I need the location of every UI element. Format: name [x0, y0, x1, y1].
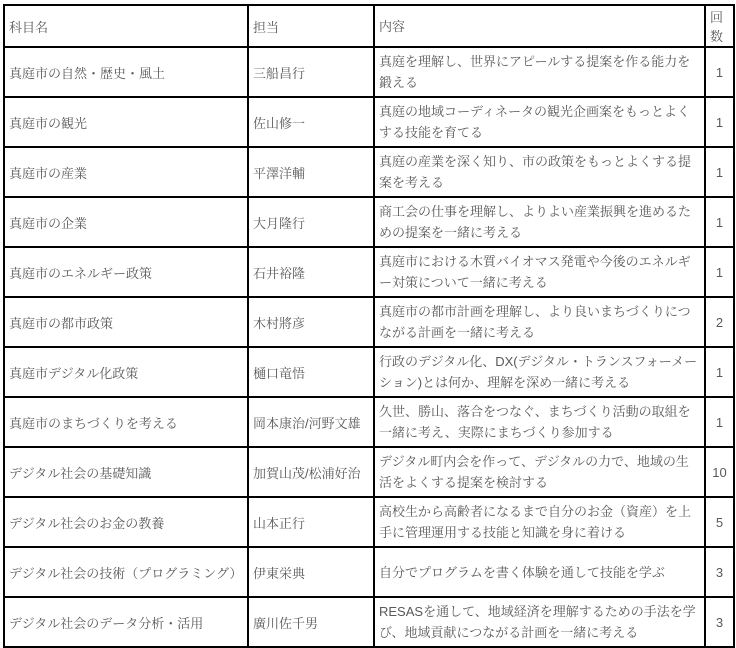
count-cell: 2 — [705, 297, 734, 347]
count-cell: 1 — [705, 147, 734, 197]
description-cell: 真庭の産業を深く知り、市の政策をもっとよくする提案を考える — [374, 147, 705, 197]
instructor-cell: 平澤洋輔 — [248, 147, 374, 197]
header-row: 科目名 担当 内容 回数 — [4, 5, 734, 47]
count-cell: 10 — [705, 447, 734, 497]
description-cell: デジタル町内会を作って、デジタルの力で、地域の生活をよくする提案を検討する — [374, 447, 705, 497]
count-cell: 3 — [705, 597, 734, 647]
subject-cell: デジタル社会のデータ分析・活用 — [4, 597, 248, 647]
table-row: 真庭市の都市政策木村將彦真庭市の都市計画を理解し、より良いまちづくりにつながる計… — [4, 297, 734, 347]
subject-cell: 真庭市のまちづくりを考える — [4, 397, 248, 447]
description-cell: 商工会の仕事を理解し、よりよい産業振興を進めるための提案を一緒に考える — [374, 197, 705, 247]
table-row: 真庭市のまちづくりを考える岡本康治/河野文雄久世、勝山、落合をつなぐ、まちづくり… — [4, 397, 734, 447]
count-cell: 1 — [705, 197, 734, 247]
instructor-cell: 石井裕隆 — [248, 247, 374, 297]
table-header: 科目名 担当 内容 回数 — [4, 5, 734, 47]
count-cell: 3 — [705, 547, 734, 597]
table-row: 真庭市デジタル化政策樋口竜悟行政のデジタル化、DX(デジタル・トランスフォーメー… — [4, 347, 734, 397]
table-body: 真庭市の自然・歴史・風土三船昌行真庭を理解し、世界にアピールする提案を作る能力を… — [4, 47, 734, 647]
subject-cell: デジタル社会の技術（プログラミング） — [4, 547, 248, 597]
description-cell: 自分でプログラムを書く体験を通して技能を学ぶ — [374, 547, 705, 597]
course-table-container: 科目名 担当 内容 回数 真庭市の自然・歴史・風土三船昌行真庭を理解し、世界にア… — [0, 0, 736, 648]
count-cell: 5 — [705, 497, 734, 547]
header-instructor: 担当 — [248, 5, 374, 47]
instructor-cell: 大月隆行 — [248, 197, 374, 247]
count-cell: 1 — [705, 247, 734, 297]
header-description: 内容 — [374, 5, 705, 47]
instructor-cell: 山本正行 — [248, 497, 374, 547]
count-cell: 1 — [705, 97, 734, 147]
subject-cell: デジタル社会のお金の教養 — [4, 497, 248, 547]
count-cell: 1 — [705, 347, 734, 397]
description-cell: 真庭市の都市計画を理解し、より良いまちづくりにつながる計画を一緒に考える — [374, 297, 705, 347]
subject-cell: 真庭市の産業 — [4, 147, 248, 197]
description-cell: 真庭の地域コーディネータの観光企画案をもっとよくする技能を育てる — [374, 97, 705, 147]
instructor-cell: 佐山修一 — [248, 97, 374, 147]
description-cell: 行政のデジタル化、DX(デジタル・トランスフォーメーション)とは何か、理解を深め… — [374, 347, 705, 397]
table-row: 真庭市の産業平澤洋輔真庭の産業を深く知り、市の政策をもっとよくする提案を考える1 — [4, 147, 734, 197]
table-row: デジタル社会の基礎知識加賀山茂/松浦好治デジタル町内会を作って、デジタルの力で、… — [4, 447, 734, 497]
subject-cell: 真庭市のエネルギー政策 — [4, 247, 248, 297]
count-cell: 1 — [705, 397, 734, 447]
subject-cell: デジタル社会の基礎知識 — [4, 447, 248, 497]
instructor-cell: 樋口竜悟 — [248, 347, 374, 397]
description-cell: 真庭を理解し、世界にアピールする提案を作る能力を鍛える — [374, 47, 705, 97]
course-table: 科目名 担当 内容 回数 真庭市の自然・歴史・風土三船昌行真庭を理解し、世界にア… — [3, 4, 735, 648]
table-row: デジタル社会の技術（プログラミング）伊東栄典自分でプログラムを書く体験を通して技… — [4, 547, 734, 597]
table-row: 真庭市のエネルギー政策石井裕隆真庭市における木質バイオマス発電や今後のエネルギー… — [4, 247, 734, 297]
subject-cell: 真庭市の自然・歴史・風土 — [4, 47, 248, 97]
table-row: 真庭市の観光佐山修一真庭の地域コーディネータの観光企画案をもっとよくする技能を育… — [4, 97, 734, 147]
instructor-cell: 三船昌行 — [248, 47, 374, 97]
description-cell: RESASを通して、地域経済を理解するための手法を学び、地域貢献につながる計画を… — [374, 597, 705, 647]
table-row: 真庭市の企業大月隆行商工会の仕事を理解し、よりよい産業振興を進めるための提案を一… — [4, 197, 734, 247]
table-row: デジタル社会のデータ分析・活用廣川佐千男RESASを通して、地域経済を理解するた… — [4, 597, 734, 647]
description-cell: 高校生から高齢者になるまで自分のお金（資産）を上手に管理運用する技能と知識を身に… — [374, 497, 705, 547]
instructor-cell: 加賀山茂/松浦好治 — [248, 447, 374, 497]
instructor-cell: 伊東栄典 — [248, 547, 374, 597]
subject-cell: 真庭市の観光 — [4, 97, 248, 147]
instructor-cell: 岡本康治/河野文雄 — [248, 397, 374, 447]
instructor-cell: 廣川佐千男 — [248, 597, 374, 647]
subject-cell: 真庭市の企業 — [4, 197, 248, 247]
table-row: デジタル社会のお金の教養山本正行高校生から高齢者になるまで自分のお金（資産）を上… — [4, 497, 734, 547]
description-cell: 久世、勝山、落合をつなぐ、まちづくり活動の取組を一緒に考え、実際にまちづくり参加… — [374, 397, 705, 447]
header-count: 回数 — [705, 5, 734, 47]
count-cell: 1 — [705, 47, 734, 97]
header-subject: 科目名 — [4, 5, 248, 47]
subject-cell: 真庭市デジタル化政策 — [4, 347, 248, 397]
instructor-cell: 木村將彦 — [248, 297, 374, 347]
description-cell: 真庭市における木質バイオマス発電や今後のエネルギー対策について一緒に考える — [374, 247, 705, 297]
subject-cell: 真庭市の都市政策 — [4, 297, 248, 347]
table-row: 真庭市の自然・歴史・風土三船昌行真庭を理解し、世界にアピールする提案を作る能力を… — [4, 47, 734, 97]
